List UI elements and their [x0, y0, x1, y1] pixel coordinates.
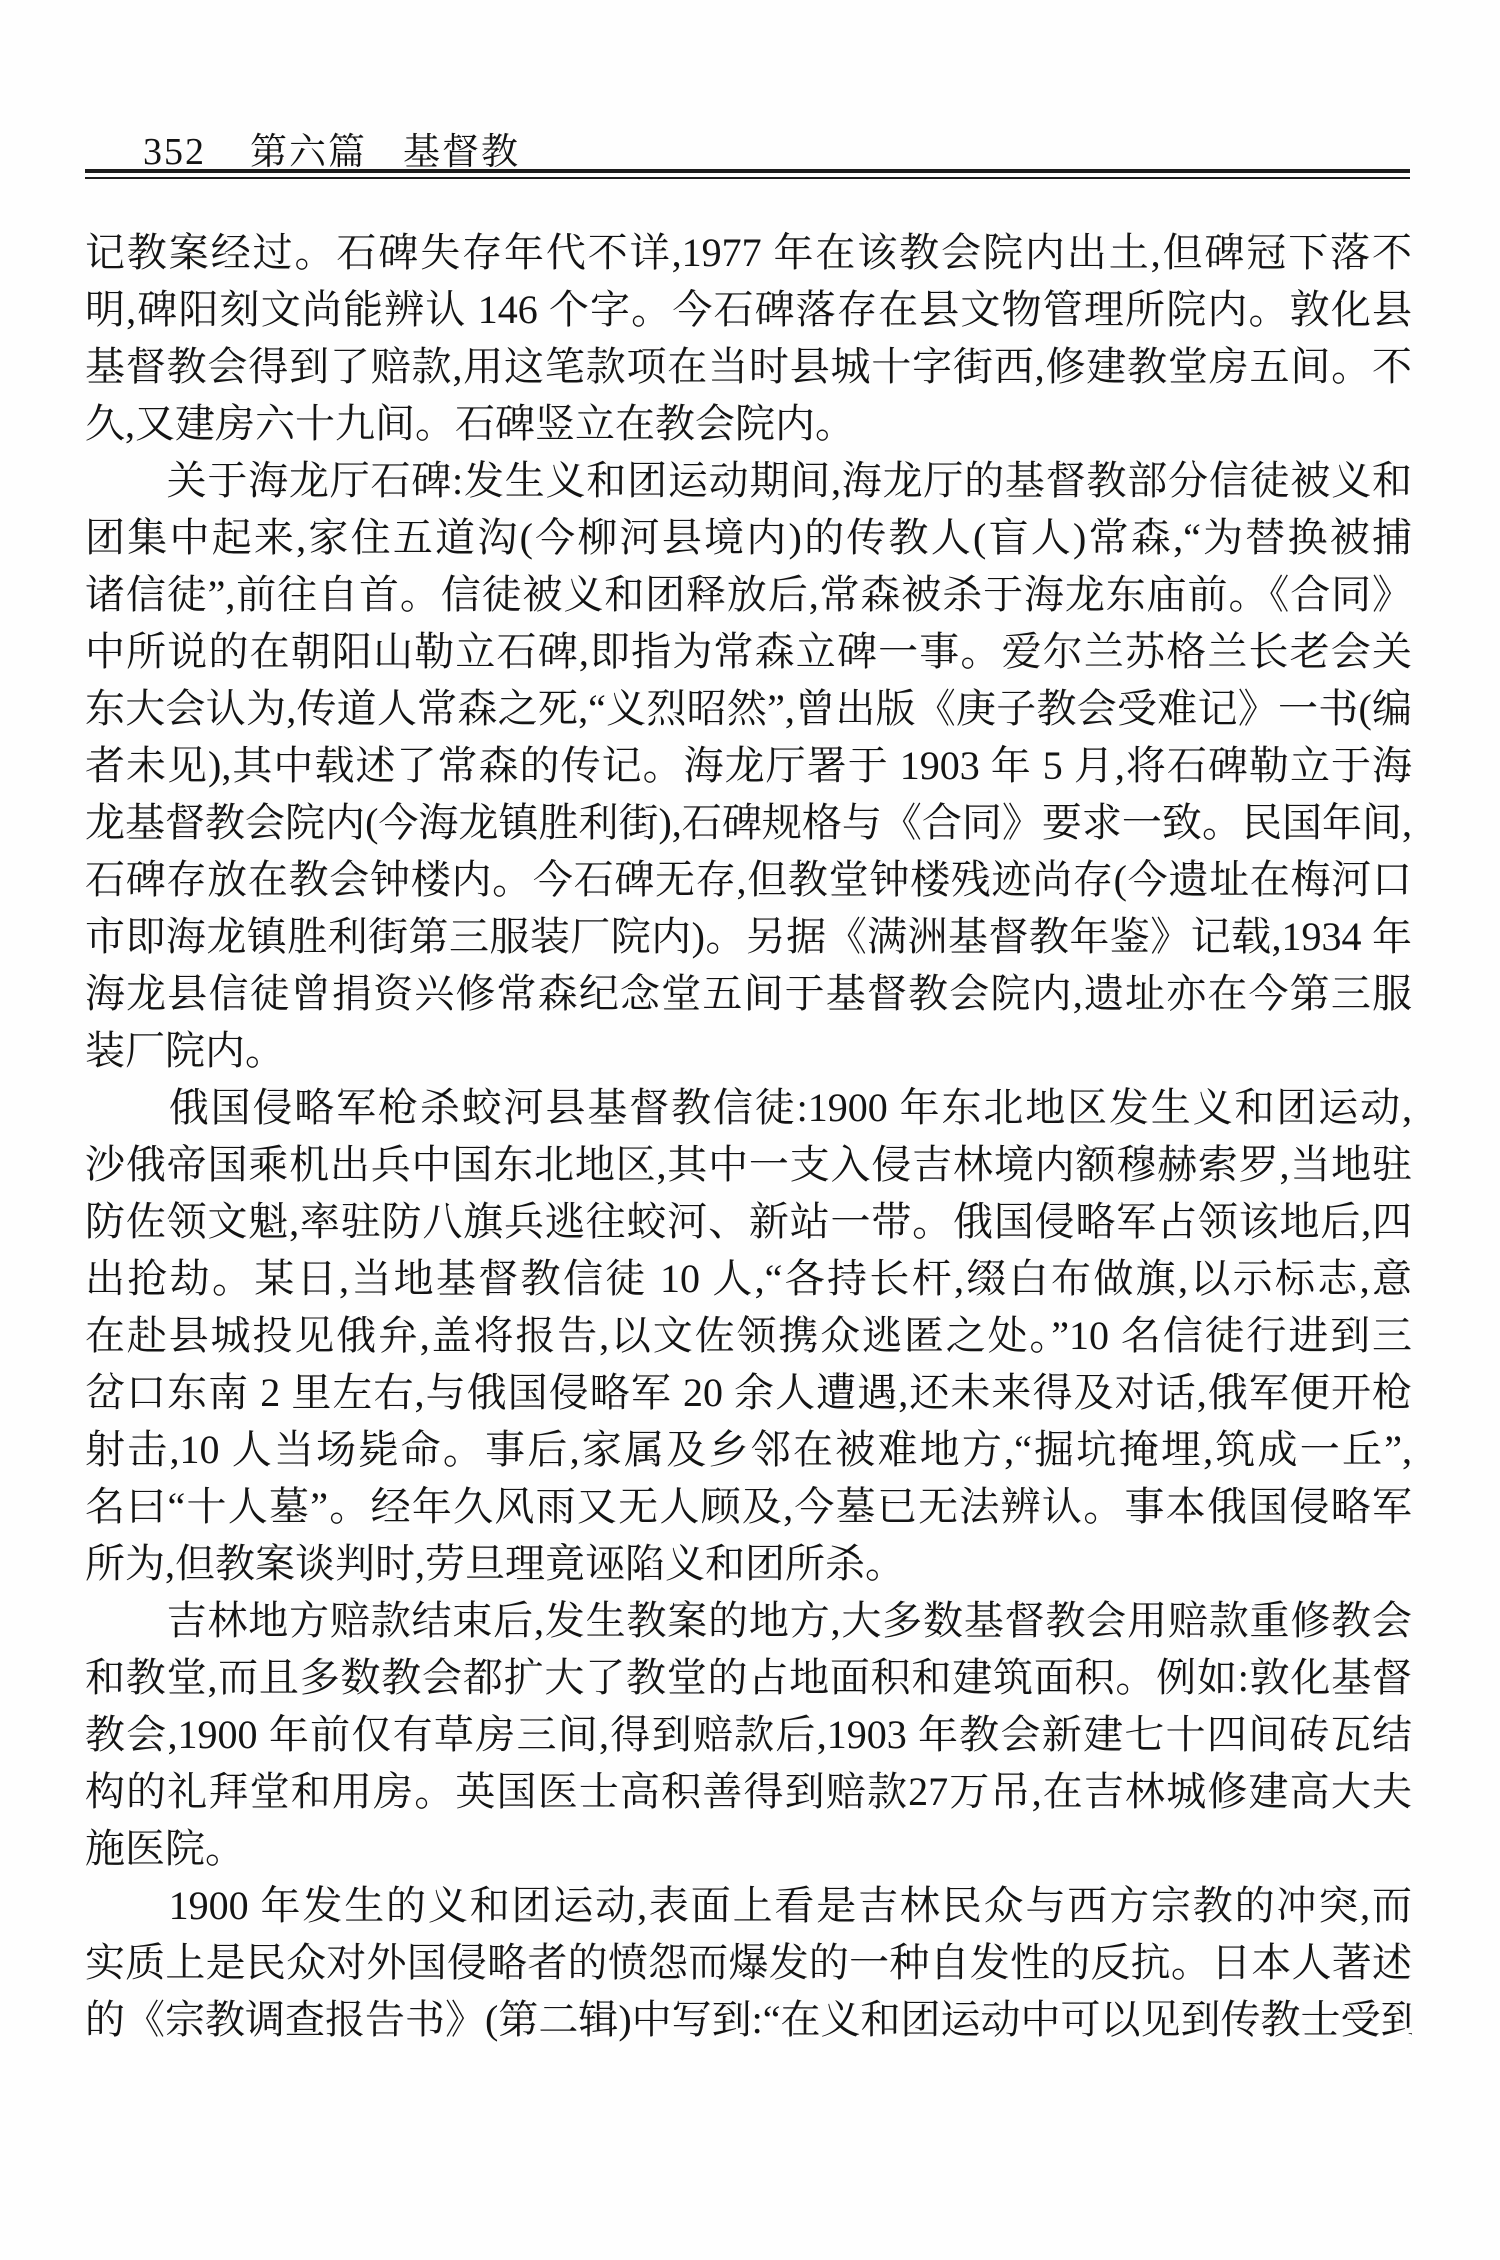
scanned-book-page: 352 第六篇 基督教 记教案经过。石碑失存年代不详,1977 年在该教会院内出…: [0, 0, 1500, 2260]
text-line: 和教堂,而且多数教会都扩大了教堂的占地面积和建筑面积。例如:敦化基督: [85, 1649, 1412, 1706]
text-line: 久,又建房六十九间。石碑竖立在教会院内。: [85, 395, 1412, 452]
part-title: 第六篇: [250, 121, 367, 175]
chapter-title: 基督教: [403, 121, 520, 175]
text-line: 诸信徒”,前往自首。信徒被义和团释放后,常森被杀于海龙东庙前。《合同》: [85, 566, 1412, 623]
text-line: 构的礼拜堂和用房。英国医士高积善得到赔款27万吊,在吉林城修建高大夫: [85, 1763, 1412, 1820]
text-line: 市即海龙镇胜利街第三服装厂院内)。另据《满洲基督教年鉴》记载,1934 年: [85, 908, 1412, 965]
text-line: 防佐领文魁,率驻防八旗兵逃往蛟河、新站一带。俄国侵略军占领该地后,四: [85, 1193, 1412, 1250]
page-number: 352: [143, 130, 206, 174]
text-line: 所为,但教案谈判时,劳旦理竟诬陷义和团所杀。: [85, 1535, 1412, 1592]
running-head: 352 第六篇 基督教: [143, 121, 520, 165]
text-line: 俄国侵略军枪杀蛟河县基督教信徒:1900 年东北地区发生义和团运动,: [85, 1079, 1412, 1136]
text-line: 在赴县城投见俄弁,盖将报告,以文佐领携众逃匿之处。”10 名信徒行进到三: [85, 1307, 1412, 1364]
text-line: 关于海龙厅石碑:发生义和团运动期间,海龙厅的基督教部分信徒被义和: [85, 452, 1412, 509]
text-line: 东大会认为,传道人常森之死,“义烈昭然”,曾出版《庚子教会受难记》一书(编: [85, 680, 1412, 737]
text-line: 龙基督教会院内(今海龙镇胜利街),石碑规格与《合同》要求一致。民国年间,: [85, 794, 1412, 851]
text-line: 名曰“十人墓”。经年久风雨又无人顾及,今墓已无法辨认。事本俄国侵略军: [85, 1478, 1412, 1535]
text-line: 者未见),其中载述了常森的传记。海龙厅署于 1903 年 5 月,将石碑勒立于海: [85, 737, 1412, 794]
body-text: 记教案经过。石碑失存年代不详,1977 年在该教会院内出土,但碑冠下落不 明,碑…: [85, 224, 1412, 2048]
text-line: 1900 年发生的义和团运动,表面上看是吉林民众与西方宗教的冲突,而: [85, 1877, 1412, 1934]
text-line: 基督教会得到了赔款,用这笔款项在当时县城十字街西,修建教堂房五间。不: [85, 338, 1412, 395]
text-line: 中所说的在朝阳山勒立石碑,即指为常森立碑一事。爱尔兰苏格兰长老会关: [85, 623, 1412, 680]
header-double-rule: [85, 169, 1410, 179]
text-line: 记教案经过。石碑失存年代不详,1977 年在该教会院内出土,但碑冠下落不: [85, 224, 1412, 281]
text-line: 施医院。: [85, 1820, 1412, 1877]
text-line: 射击,10 人当场毙命。事后,家属及乡邻在被难地方,“掘坑掩埋,筑成一丘”,: [85, 1421, 1412, 1478]
text-line: 的《宗教调查报告书》(第二辑)中写到:“在义和团运动中可以见到传教士受到: [85, 1991, 1412, 2048]
text-line: 吉林地方赔款结束后,发生教案的地方,大多数基督教会用赔款重修教会: [85, 1592, 1412, 1649]
text-line: 装厂院内。: [85, 1022, 1412, 1079]
text-line: 海龙县信徒曾捐资兴修常森纪念堂五间于基督教会院内,遗址亦在今第三服: [85, 965, 1412, 1022]
text-line: 石碑存放在教会钟楼内。今石碑无存,但教堂钟楼残迹尚存(今遗址在梅河口: [85, 851, 1412, 908]
text-line: 团集中起来,家住五道沟(今柳河县境内)的传教人(盲人)常森,“为替换被捕: [85, 509, 1412, 566]
text-line: 教会,1900 年前仅有草房三间,得到赔款后,1903 年教会新建七十四间砖瓦结: [85, 1706, 1412, 1763]
text-line: 出抢劫。某日,当地基督教信徒 10 人,“各持长杆,缀白布做旗,以示标志,意: [85, 1250, 1412, 1307]
text-line: 沙俄帝国乘机出兵中国东北地区,其中一支入侵吉林境内额穆赫索罗,当地驻: [85, 1136, 1412, 1193]
text-line: 实质上是民众对外国侵略者的愤怨而爆发的一种自发性的反抗。日本人著述: [85, 1934, 1412, 1991]
text-line: 明,碑阳刻文尚能辨认 146 个字。今石碑落存在县文物管理所院内。敦化县: [85, 281, 1412, 338]
text-line: 岔口东南 2 里左右,与俄国侵略军 20 余人遭遇,还未来得及对话,俄军便开枪: [85, 1364, 1412, 1421]
